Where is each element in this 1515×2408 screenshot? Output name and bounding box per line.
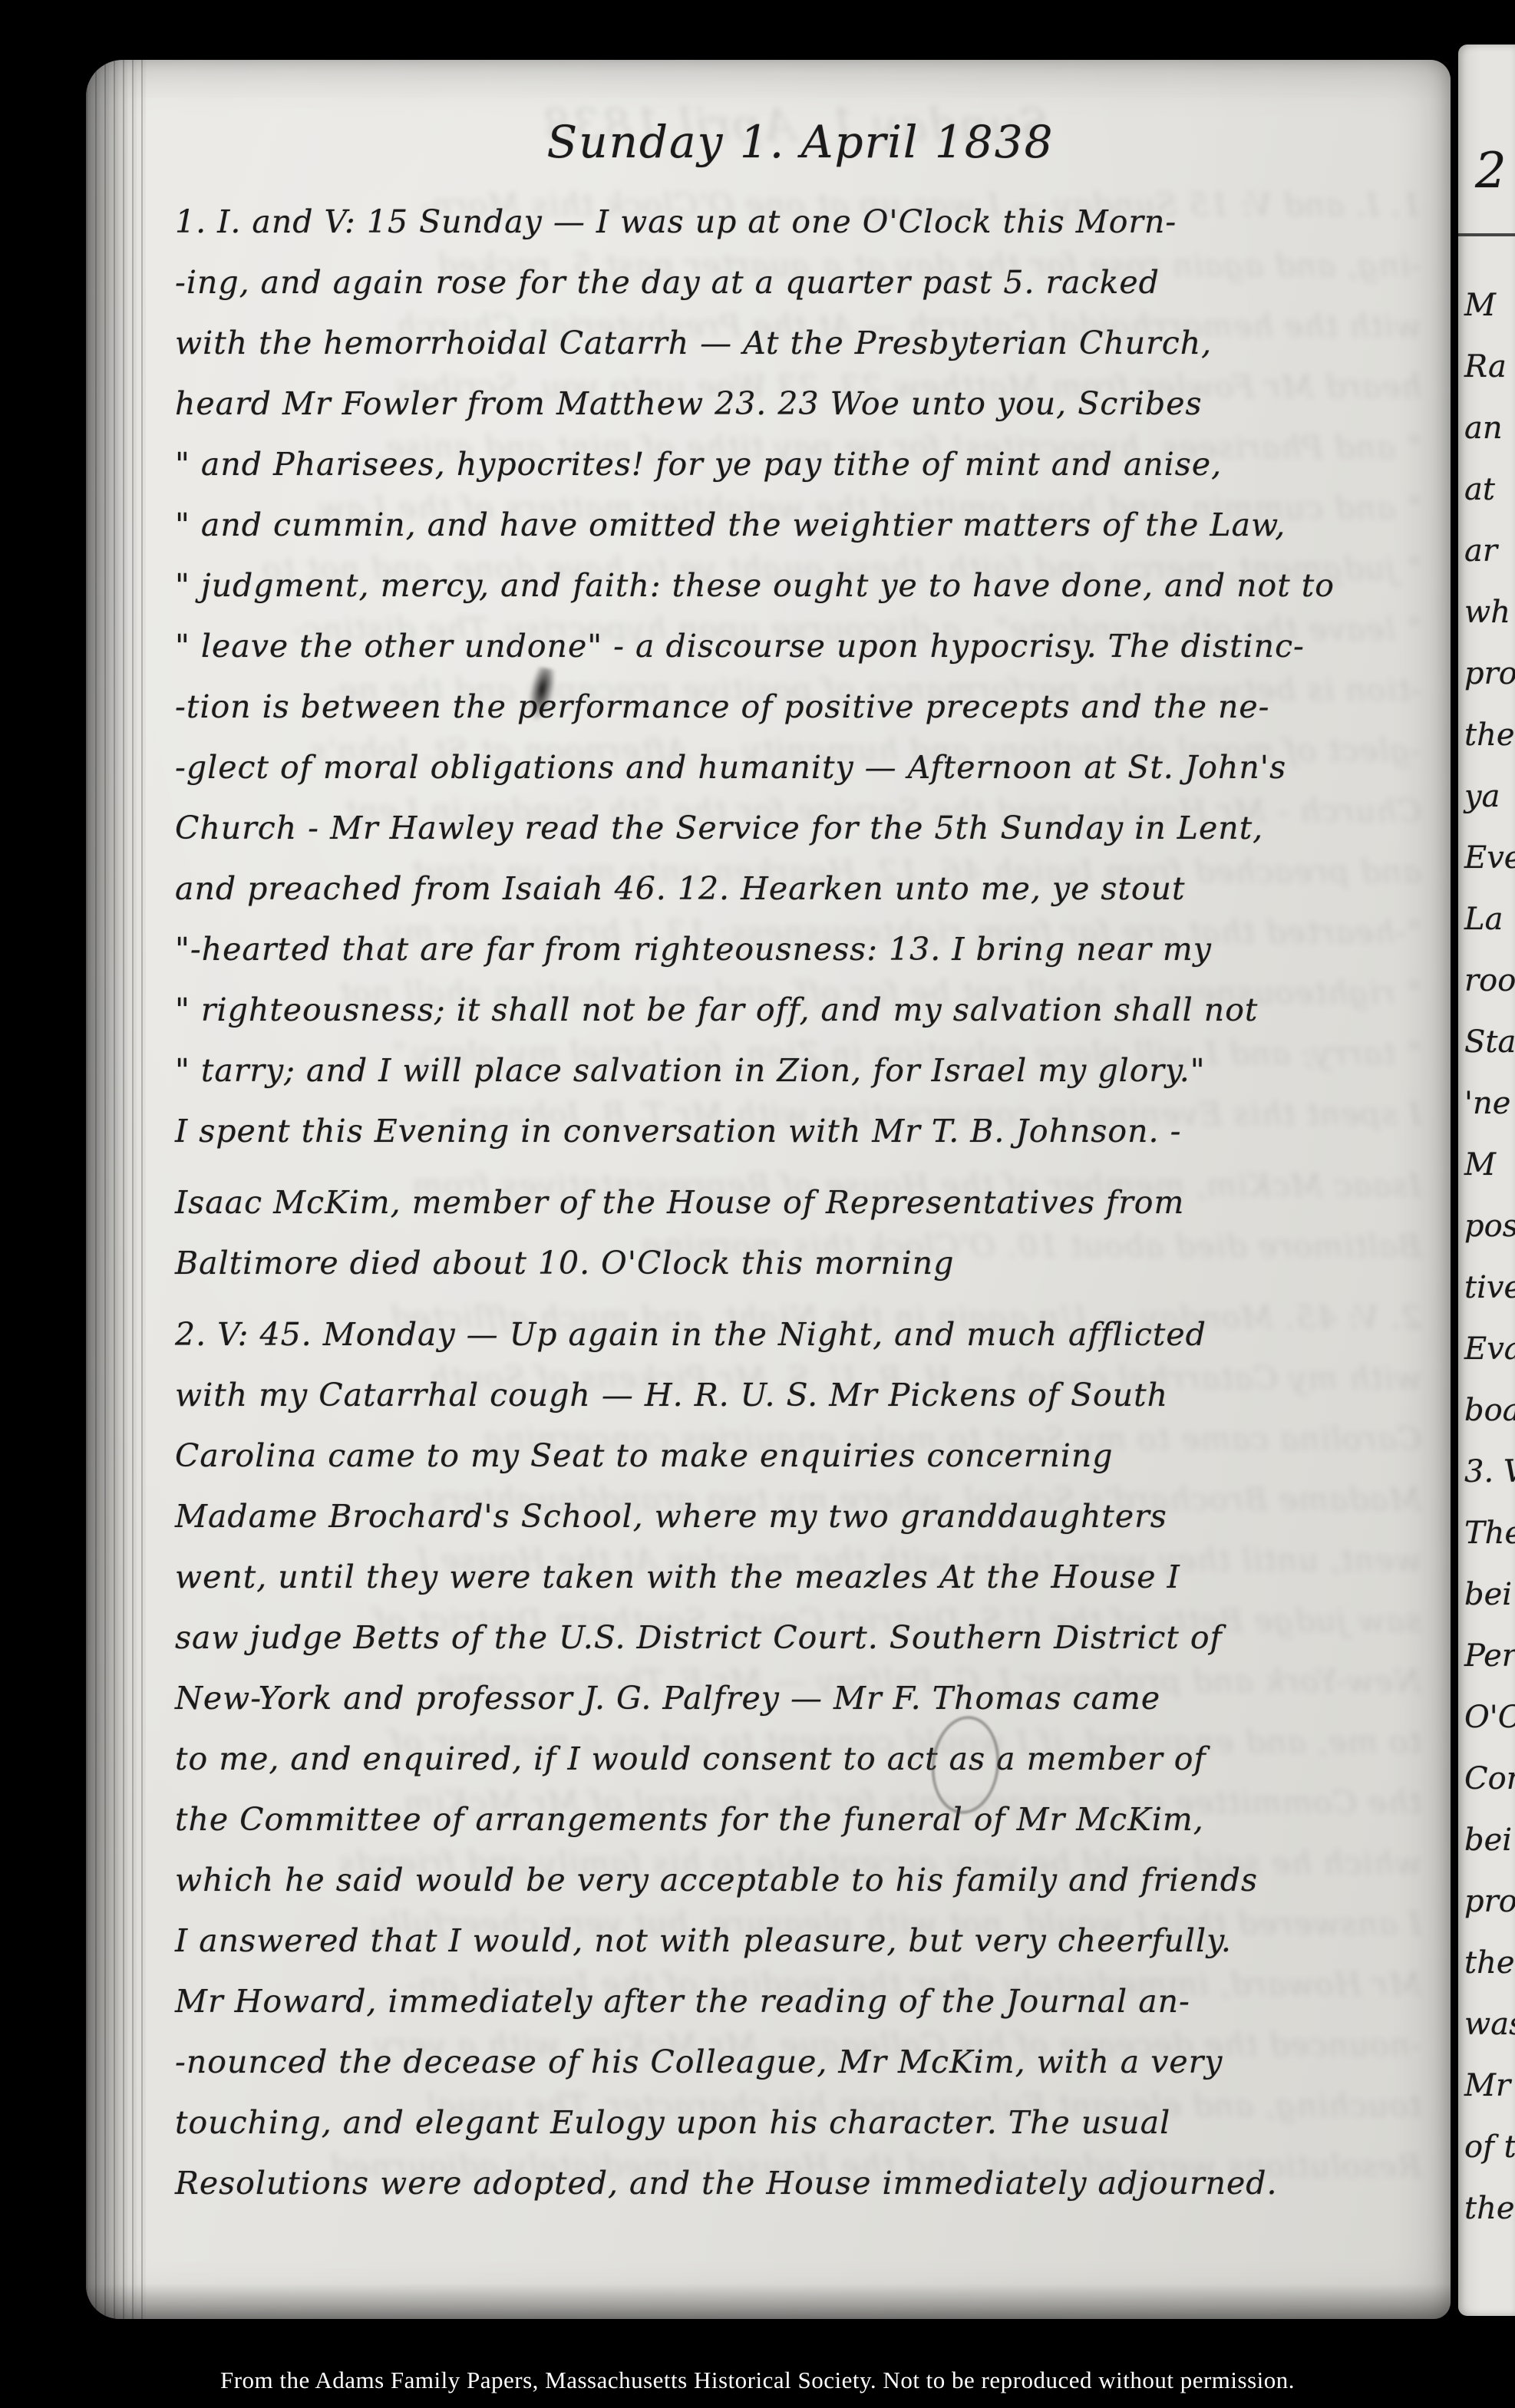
diary-line: -glect of moral obligations and humanity… <box>175 737 1426 798</box>
diary-entry-lines: 1. I. and V: 15 Sunday — I was up at one… <box>175 192 1426 2214</box>
line-fragment: the l <box>1464 2178 1515 2239</box>
line-fragment: M <box>1464 275 1515 336</box>
diary-line: with the hemorrhoidal Catarrh — At the P… <box>175 313 1426 374</box>
diary-text-column: Sunday 1. April 1838 1. I. and V: 15 Sun… <box>175 107 1426 2225</box>
diary-line: " and Pharisees, hypocrites! for ye pay … <box>175 434 1426 495</box>
diary-line: touching, and elegant Eulogy upon his ch… <box>175 2093 1426 2153</box>
page-number: 2 <box>1475 143 1507 200</box>
line-fragment: was <box>1464 1994 1515 2055</box>
diary-line: " judgment, mercy, and faith: these ough… <box>175 556 1426 616</box>
diary-line: saw judge Betts of the U.S. District Cou… <box>175 1608 1426 1668</box>
line-fragment: wh <box>1464 582 1515 643</box>
diary-line: I answered that I would, not with pleasu… <box>175 1911 1426 1971</box>
line-fragment: ar <box>1464 520 1515 582</box>
line-fragment: roo <box>1464 950 1515 1011</box>
line-fragment: Eve <box>1464 827 1515 889</box>
diary-paragraph: Isaac McKim, member of the House of Repr… <box>175 1173 1426 1294</box>
line-fragment: at <box>1464 459 1515 520</box>
diary-line: I spent this Evening in conversation wit… <box>175 1101 1426 1162</box>
line-fragment: The <box>1464 1503 1515 1564</box>
diary-line: the Committee of arrangements for the fu… <box>175 1790 1426 1850</box>
diary-line: " leave the other undone" - a discourse … <box>175 616 1426 677</box>
line-fragment: Per <box>1464 1625 1515 1687</box>
diary-line: -ing, and again rose for the day at a qu… <box>175 252 1426 313</box>
diary-line: Isaac McKim, member of the House of Repr… <box>175 1173 1426 1233</box>
line-fragment: Ra <box>1464 336 1515 397</box>
line-fragment: 3. V <box>1464 1441 1515 1503</box>
line-fragment: ya <box>1464 766 1515 827</box>
diary-line: Church - Mr Hawley read the Service for … <box>175 798 1426 859</box>
diary-paragraph: 1. I. and V: 15 Sunday — I was up at one… <box>175 192 1426 1162</box>
line-fragment: Sta <box>1464 1011 1515 1073</box>
line-fragment: Com <box>1464 1748 1515 1809</box>
line-fragment: M <box>1464 1134 1515 1196</box>
line-fragment: pos <box>1464 1196 1515 1257</box>
diary-line: heard Mr Fowler from Matthew 23. 23 Woe … <box>175 374 1426 434</box>
line-fragment: boa <box>1464 1380 1515 1441</box>
diary-line: -nounced the decease of his Colleague, M… <box>175 2032 1426 2093</box>
diary-line: Resolutions were adopted, and the House … <box>175 2153 1426 2214</box>
line-fragment: bei <box>1464 1809 1515 1871</box>
diary-line: "-hearted that are far from righteousnes… <box>175 919 1426 980</box>
diary-line: Madame Brochard's School, where my two g… <box>175 1486 1426 1547</box>
line-fragment: tive <box>1464 1257 1515 1318</box>
line-fragment: 'ne <box>1464 1073 1515 1134</box>
diary-line: 1. I. and V: 15 Sunday — I was up at one… <box>175 192 1426 252</box>
line-fragment: Mr <box>1464 2055 1515 2116</box>
diary-line: -tion is between the performance of posi… <box>175 677 1426 737</box>
line-fragment: the I <box>1464 1932 1515 1994</box>
page-bottom-shadow <box>86 2284 1451 2319</box>
diary-line: and preached from Isaiah 46. 12. Hearken… <box>175 859 1426 919</box>
line-fragment: O'Cl <box>1464 1687 1515 1748</box>
diary-line: to me, and enquired, if I would consent … <box>175 1729 1426 1790</box>
line-fragment: bei <box>1464 1564 1515 1625</box>
diary-left-page: Sunday 1. April 18381. I. and V: 15 Sund… <box>86 60 1451 2319</box>
scanned-diary-screenshot: Sunday 1. April 18381. I. and V: 15 Sund… <box>0 0 1515 2408</box>
page-edge-texture <box>86 60 146 2319</box>
archive-caption: From the Adams Family Papers, Massachuse… <box>0 2367 1515 2394</box>
diary-line: which he said would be very acceptable t… <box>175 1850 1426 1911</box>
diary-line: " and cummin, and have omitted the weigh… <box>175 495 1426 556</box>
diary-line: " righteousness; it shall not be far off… <box>175 980 1426 1041</box>
line-fragment: Eva <box>1464 1318 1515 1380</box>
line-fragment: of th <box>1464 2116 1515 2178</box>
diary-paragraph: 2. V: 45. Monday — Up again in the Night… <box>175 1305 1426 2214</box>
diary-line: with my Catarrhal cough — H. R. U. S. Mr… <box>175 1365 1426 1426</box>
line-fragment: proc <box>1464 1871 1515 1932</box>
line-fragment: the <box>1464 704 1515 766</box>
diary-right-page-sliver: 2 MRaanatarwhprotheyaEveLarooSta'neMpost… <box>1458 45 1515 2316</box>
diary-line: Baltimore died about 10. O'Clock this mo… <box>175 1233 1426 1294</box>
entry-date-heading: Sunday 1. April 1838 <box>175 112 1426 172</box>
diary-line: New-York and professor J. G. Palfrey — M… <box>175 1668 1426 1729</box>
diary-line: Carolina came to my Seat to make enquiri… <box>175 1426 1426 1486</box>
diary-line: 2. V: 45. Monday — Up again in the Night… <box>175 1305 1426 1365</box>
diary-line: " tarry; and I will place salvation in Z… <box>175 1041 1426 1101</box>
right-page-line-fragments: MRaanatarwhprotheyaEveLarooSta'neMpostiv… <box>1464 275 1515 2239</box>
line-fragment: an <box>1464 397 1515 459</box>
line-fragment: pro <box>1464 643 1515 704</box>
page-header-rule <box>1458 233 1515 236</box>
line-fragment: La <box>1464 889 1515 950</box>
diary-line: went, until they were taken with the mea… <box>175 1547 1426 1608</box>
diary-line: Mr Howard, immediately after the reading… <box>175 1971 1426 2032</box>
